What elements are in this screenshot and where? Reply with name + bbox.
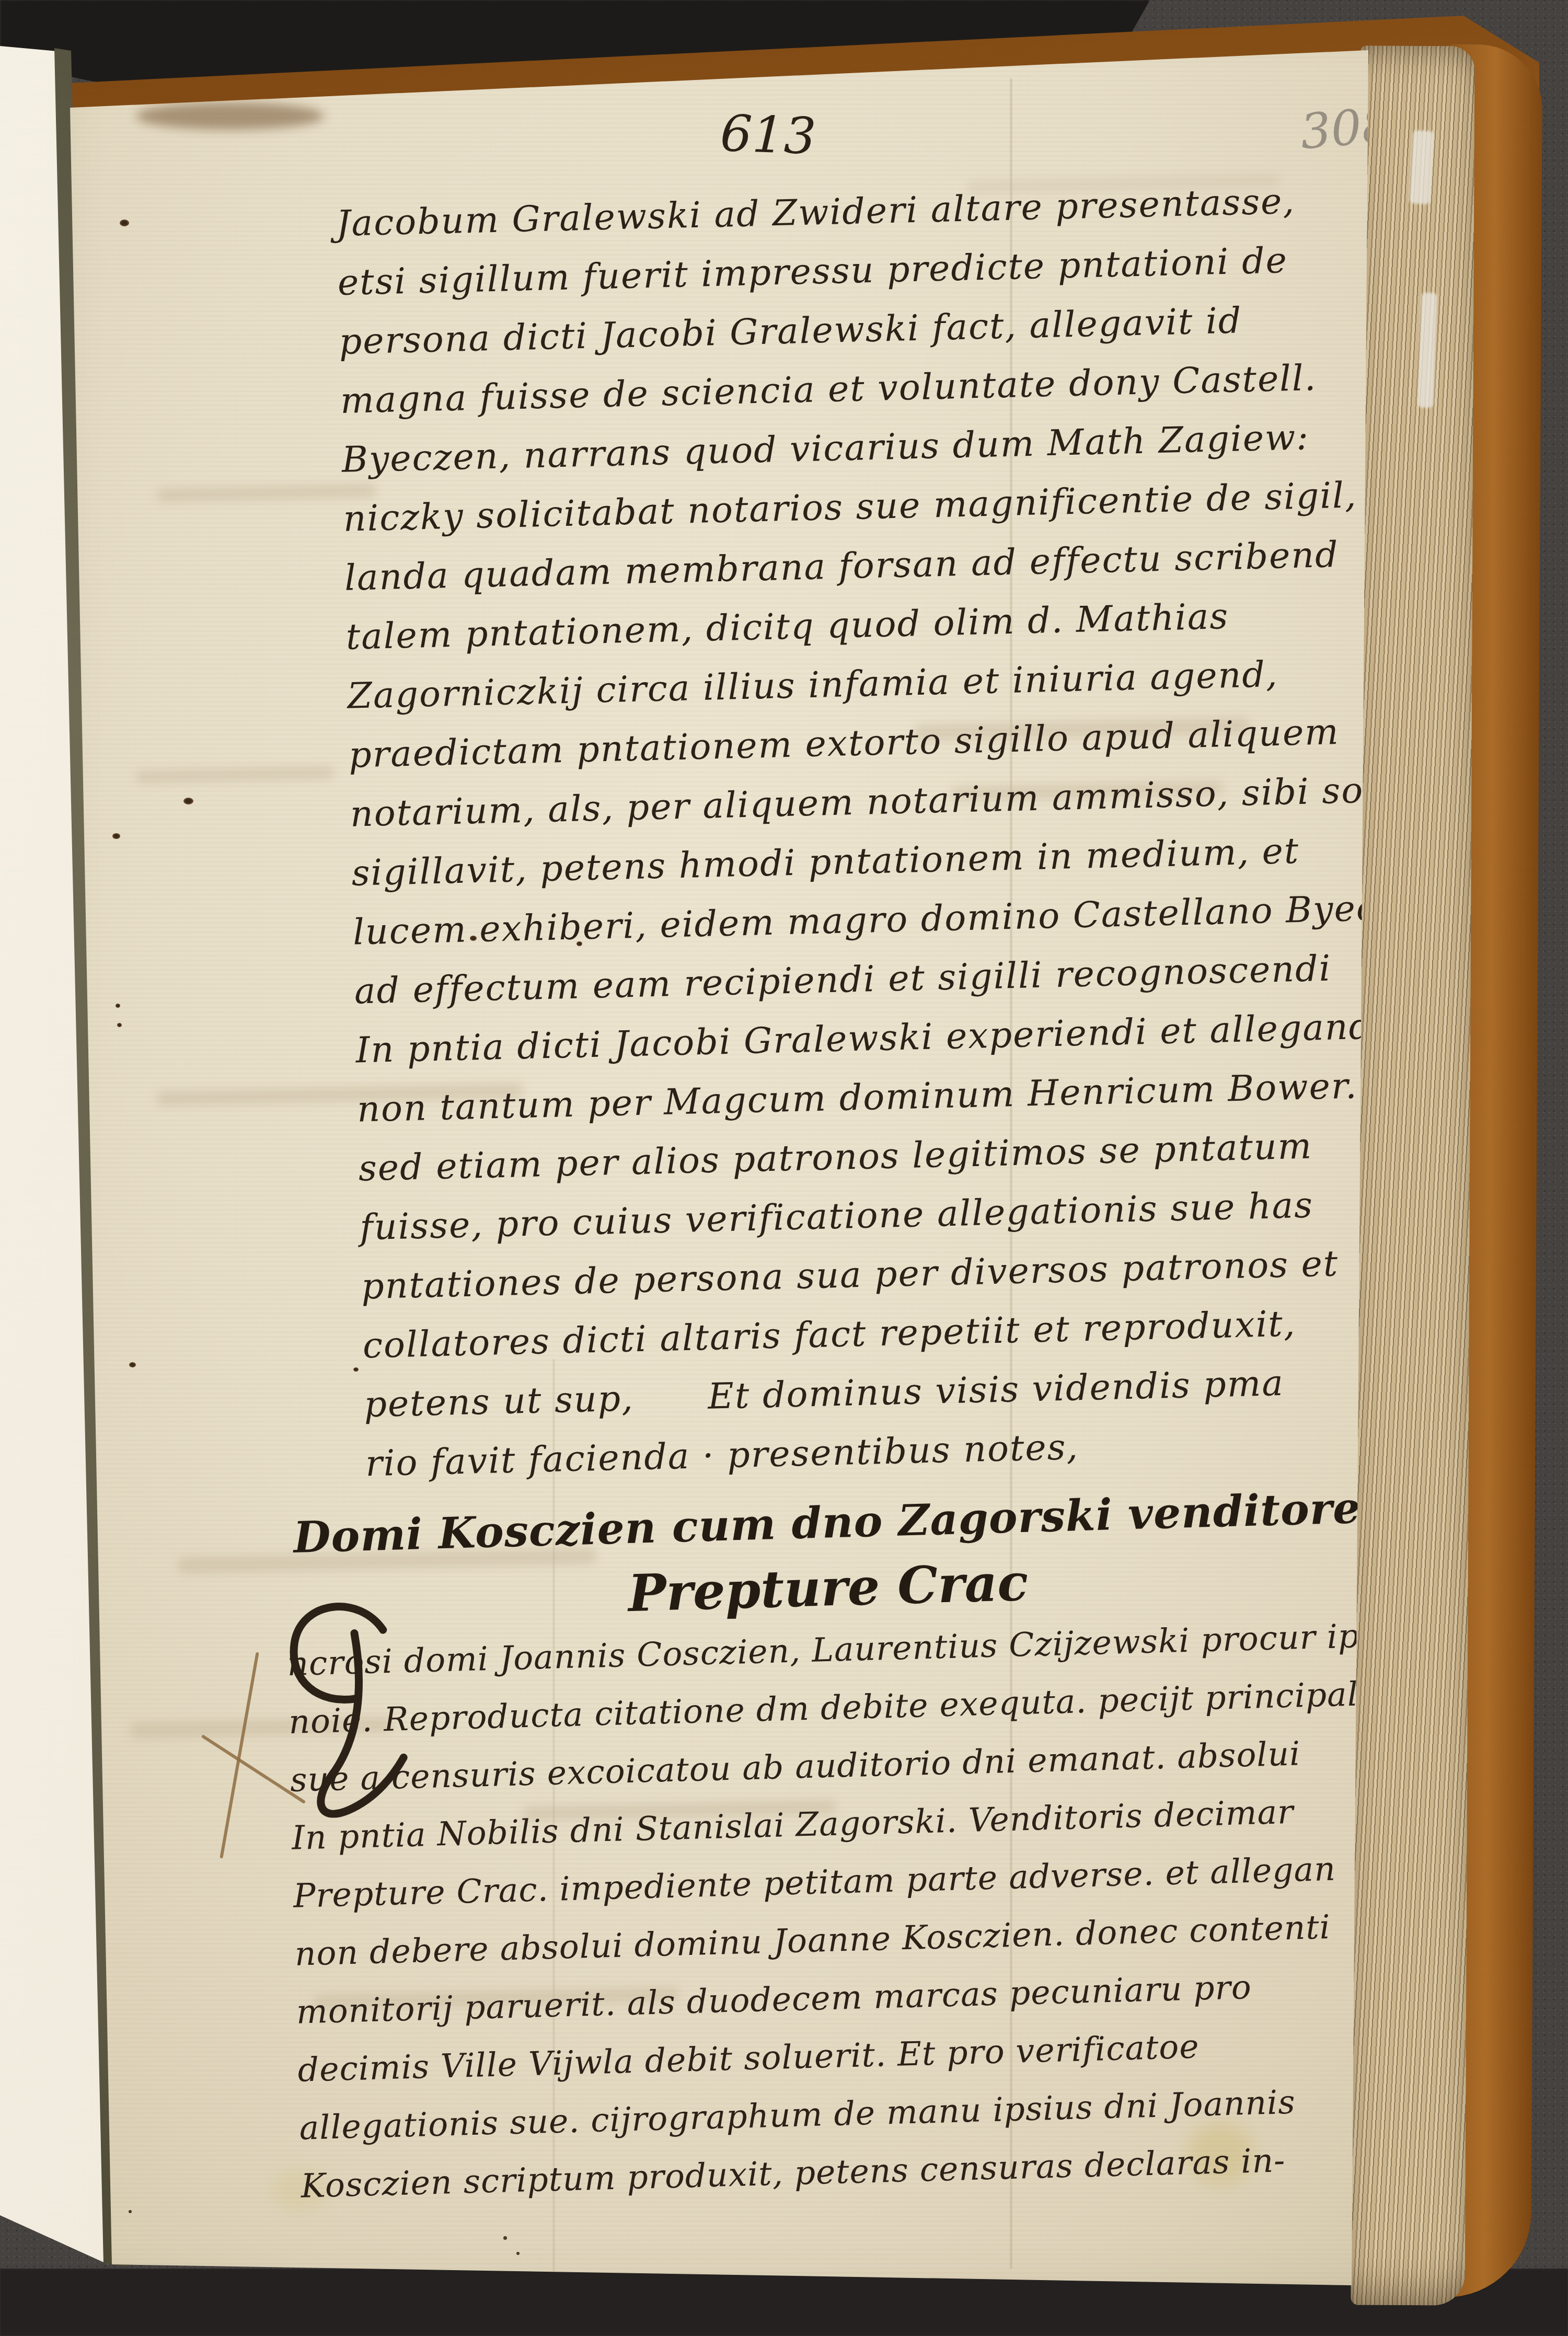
entry1-text-block: Jacobum Gralewski ad Zwideri altare pres… [336,170,1390,1493]
wormhole [117,1023,122,1027]
wormhole [116,1004,120,1008]
ink-speck [516,2252,520,2255]
entry2-text-block: ncrosi domi Joannis Cosczien, Laurentius… [286,1607,1357,2215]
ink-speck [129,2210,132,2213]
wormhole [129,1362,136,1367]
folio-number-ink: 613 [719,107,817,163]
book-fore-edge-pages [1351,46,1475,2306]
ink-speck [503,2236,507,2240]
manuscript-page: 613 308 Jacobum Gralewski ad Zwideri alt… [0,0,1568,2336]
wormhole [120,220,129,226]
wormhole [112,833,120,839]
initial-flourish [264,1600,428,1845]
fore-edge-paper-scrap [1409,130,1434,204]
manuscript-photo: Viz° ba imi, mti m 266, Marię ; m: mv [0,0,1568,2336]
wormhole [353,1367,359,1372]
ink-smudge [136,102,324,130]
margin-cross-mark [220,1652,259,1859]
bleedthrough-line [136,766,335,784]
wormhole [183,798,193,804]
entry2-initial [264,1600,428,1845]
